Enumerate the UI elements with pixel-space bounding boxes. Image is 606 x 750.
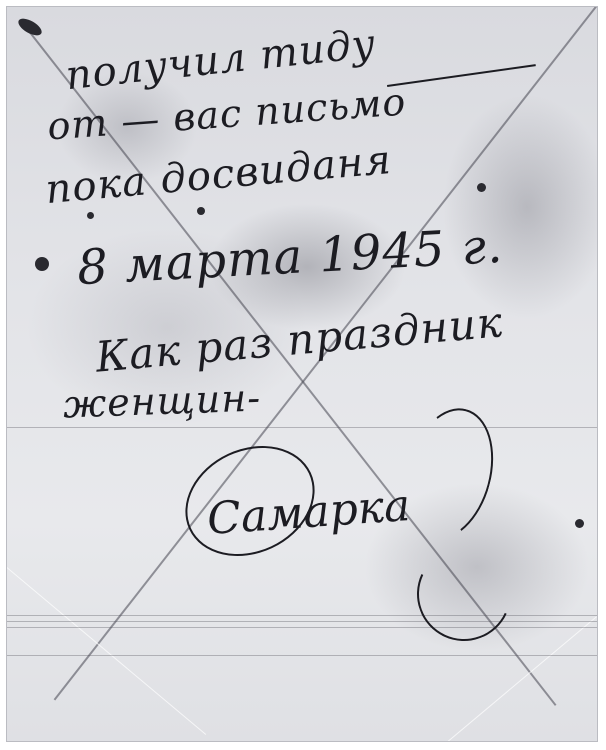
signature-flourish-tail bbox=[404, 534, 524, 654]
pen-stroke bbox=[387, 64, 536, 87]
ink-dot bbox=[477, 183, 486, 192]
crease-line-2 bbox=[7, 615, 597, 616]
ink-dot bbox=[575, 519, 584, 528]
crease-line-1 bbox=[7, 427, 597, 428]
handwritten-line-3: пока досвиданя bbox=[44, 137, 394, 213]
ink-dot bbox=[87, 212, 94, 219]
handwritten-line-6: женщин- bbox=[62, 376, 262, 427]
ink-dot bbox=[35, 257, 49, 271]
crease-line-4 bbox=[7, 627, 597, 628]
handwritten-line-5: Как раз праздник bbox=[94, 297, 505, 381]
fold-line-diagonal-3 bbox=[6, 567, 206, 735]
letter-paper: получил тиду от — вас письмо пока досвид… bbox=[6, 6, 598, 742]
handwritten-line-4-date: 8 марта 1945 г. bbox=[76, 218, 505, 296]
ink-dot bbox=[197, 207, 205, 215]
ink-blot bbox=[16, 15, 45, 38]
crease-line-5 bbox=[7, 655, 597, 656]
crease-line-3 bbox=[7, 621, 597, 622]
